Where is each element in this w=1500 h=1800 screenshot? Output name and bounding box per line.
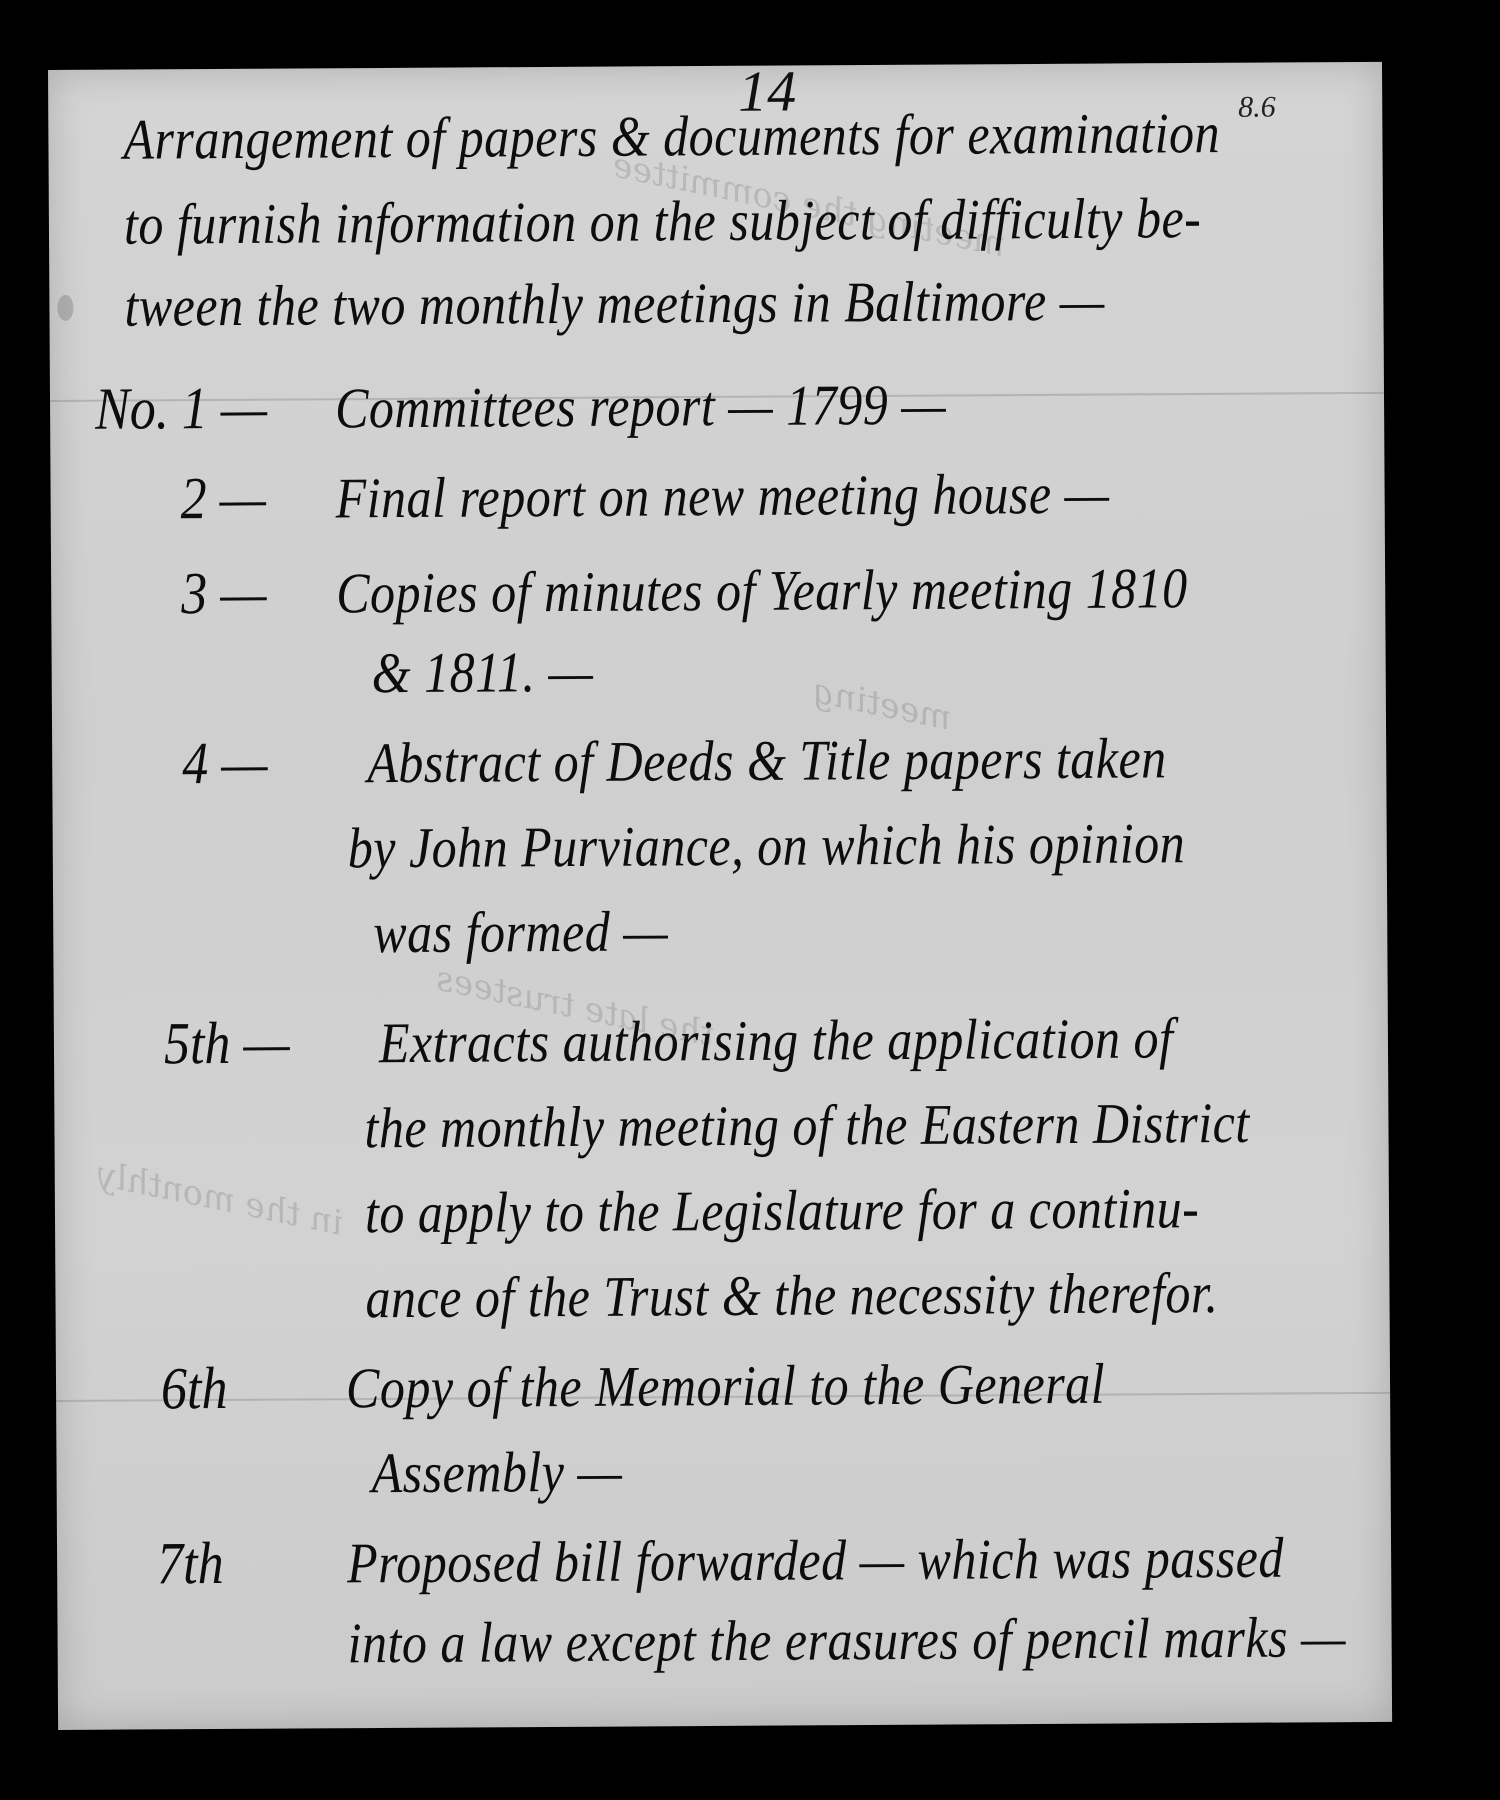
- item-number: 5th —: [164, 1010, 290, 1079]
- item-text: Proposed bill forwarded — which was pass…: [347, 1524, 1284, 1596]
- item-text: & 1811. —: [371, 638, 593, 706]
- item-text: Final report on new meeting house —: [335, 460, 1109, 531]
- item-text: Abstract of Deeds & Title papers taken: [367, 724, 1167, 796]
- paper-stain: [57, 295, 73, 321]
- item-text: Copies of minutes of Yearly meeting 1810: [336, 554, 1188, 626]
- corner-annotation: 8.6: [1238, 91, 1276, 125]
- manuscript-page: meeting the committee meeting the late t…: [48, 62, 1392, 1730]
- item-text: to apply to the Legislature for a contin…: [365, 1174, 1200, 1246]
- item-text: by John Purviance, on which his opinion: [348, 809, 1186, 881]
- heading-line: Arrangement of papers & documents for ex…: [123, 99, 1220, 172]
- heading-line: to furnish information on the subject of…: [124, 184, 1202, 257]
- item-number: No. 1 —: [95, 375, 267, 444]
- item-text: into a law except the erasures of pencil…: [347, 1603, 1346, 1676]
- item-text: Copy of the Memorial to the General: [346, 1350, 1105, 1421]
- item-text: the monthly meeting of the Eastern Distr…: [364, 1089, 1250, 1161]
- item-text: Committees report — 1799 —: [335, 371, 947, 441]
- item-number: 3 —: [181, 560, 267, 628]
- item-number: 4 —: [182, 730, 268, 798]
- item-text: Assembly —: [371, 1438, 622, 1506]
- heading-line: tween the two monthly meetings in Baltim…: [124, 267, 1105, 340]
- item-number: 7th: [157, 1530, 224, 1598]
- item-text: was formed —: [373, 898, 668, 967]
- item-number: 6th: [161, 1355, 228, 1423]
- bleed-through-text: in the monthly: [93, 1154, 346, 1244]
- item-number: 2 —: [180, 465, 266, 533]
- item-text: ance of the Trust & the necessity theref…: [365, 1259, 1218, 1331]
- item-text: Extracts authorising the application of: [379, 1004, 1174, 1076]
